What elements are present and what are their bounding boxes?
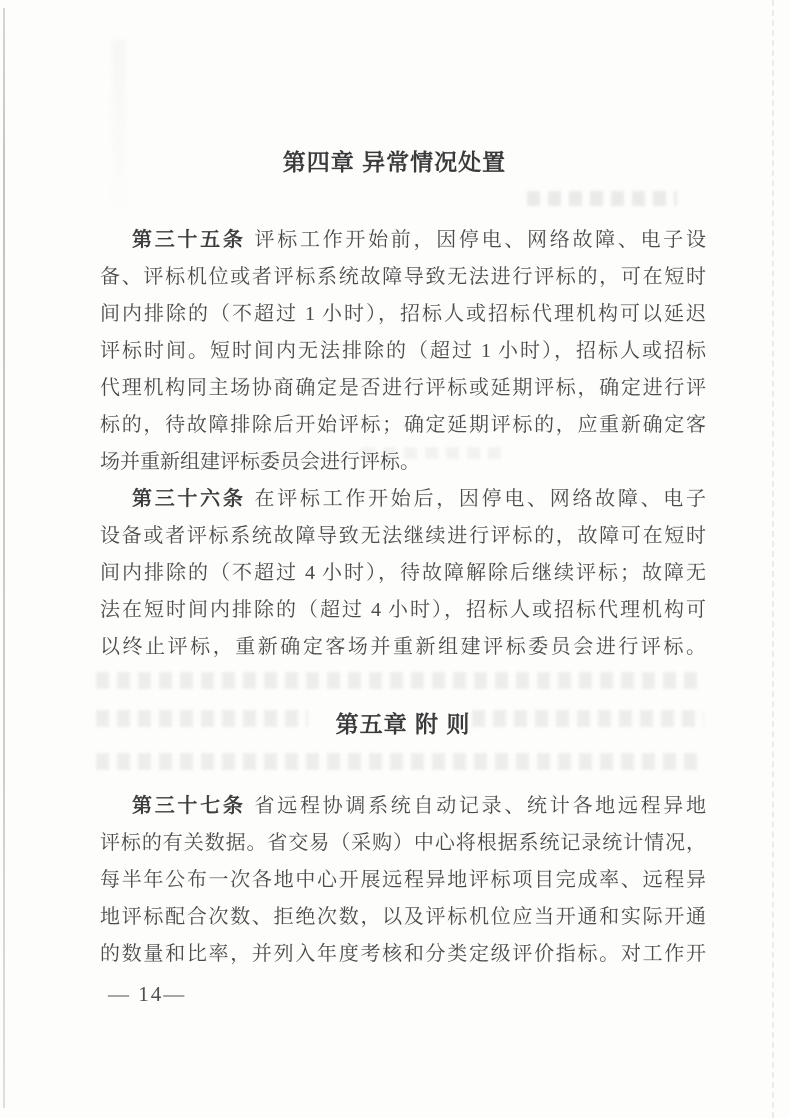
article-37-paragraph: 第三十七条省远程协调系统自动记录、统计各地远程异地 评标的有关数据。省交易（采购… [100, 788, 706, 973]
article-36-paragraph: 第三十六条在评标工作开始后，因停电、网络故障、电子 设备或者评标系统故障导致无法… [100, 481, 706, 666]
text-line: 评标时间。短时间内无法排除的（超过 1 小时），招标人或招标 [100, 333, 706, 370]
text-line: 备、评标机位或者评标系统故障导致无法进行评标的，可在短时 [100, 259, 706, 296]
text-line: 场并重新组建评标委员会进行评标。 [100, 444, 706, 481]
text-line: 代理机构同主场协商确定是否进行评标或延期评标，确定进行评 [100, 370, 706, 407]
text-line: 第三十五条评标工作开始前，因停电、网络故障、电子设 [100, 222, 706, 259]
text-line: 第三十六条在评标工作开始后，因停电、网络故障、电子 [100, 481, 706, 518]
chapter-4-heading: 第四章 异常情况处置 [0, 147, 789, 177]
page-number: — 14— [108, 982, 186, 1006]
chapter-5-heading: 第五章 附 则 [100, 709, 706, 739]
text-line: 间内排除的（不超过 4 小时），待故障解除后继续评标；故障无 [100, 555, 706, 592]
text-line: 以终止评标，重新确定客场并重新组建评标委员会进行评标。 [100, 629, 706, 666]
text-line: 法在短时间内排除的（超过 4 小时），招标人或招标代理机构可 [100, 592, 706, 629]
bleedthrough-artifact [527, 191, 677, 206]
article-35-paragraph: 第三十五条评标工作开始前，因停电、网络故障、电子设 备、评标机位或者评标系统故障… [100, 222, 706, 481]
text-run: 省远程协调系统自动记录、统计各地远程异地 [255, 795, 706, 817]
text-line: 每半年公布一次各地中心开展远程异地评标项目完成率、远程异 [100, 862, 706, 899]
document-body: 第三十五条评标工作开始前，因停电、网络故障、电子设 备、评标机位或者评标系统故障… [100, 222, 706, 973]
text-line: 第三十七条省远程协调系统自动记录、统计各地远程异地 [100, 788, 706, 825]
text-run: 评标工作开始前，因停电、网络故障、电子设 [255, 229, 706, 251]
text-line: 地评标配合次数、拒绝次数，以及评标机位应当开通和实际开通 [100, 899, 706, 936]
text-line: 标的，待故障排除后开始评标；确定延期评标的，应重新确定客 [100, 407, 706, 444]
article-35-term: 第三十五条 [132, 229, 246, 251]
text-line: 设备或者评标系统故障导致无法继续进行评标的，故障可在短时 [100, 518, 706, 555]
article-37-term: 第三十七条 [132, 795, 246, 817]
text-line: 间内排除的（不超过 1 小时），招标人或招标代理机构可以延迟 [100, 296, 706, 333]
scanned-document-page: 第四章 异常情况处置 第三十五条评标工作开始前，因停电、网络故障、电子设 备、评… [0, 0, 789, 1118]
text-line: 评标的有关数据。省交易（采购）中心将根据系统记录统计情况， [100, 825, 706, 862]
article-36-term: 第三十六条 [132, 488, 246, 510]
text-run: 在评标工作开始后，因停电、网络故障、电子 [255, 488, 706, 510]
text-line: 的数量和比率，并列入年度考核和分类定级评价指标。对工作开 [100, 936, 706, 973]
bleedthrough-artifact [112, 40, 126, 210]
